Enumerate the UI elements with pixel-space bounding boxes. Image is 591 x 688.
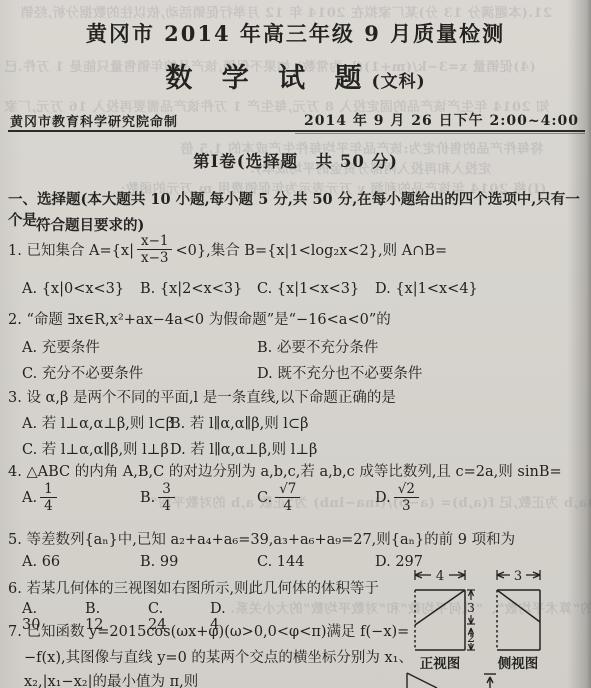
q4-option-d: D. √23 (375, 482, 422, 513)
q4-option-c-label: C. (257, 490, 272, 506)
question-5-stem: 5. 等差数列{aₙ}中,已知 a₂+a₄+a₆=39,a₃+a₆+a₉=27,… (8, 528, 515, 549)
q5-option-c: C. 144 (257, 554, 304, 570)
side-view-label: 侧视图 (498, 655, 539, 672)
q1-fraction: x−1 x−3 (137, 234, 173, 265)
q3-option-d: D. 若 l∥α,α⊥β,则 l⊥β (170, 438, 317, 459)
q4-option-a-label: A. (22, 490, 37, 506)
q4-d-denominator: 3 (394, 498, 419, 513)
q2-option-a: A. 充要条件 (22, 336, 100, 357)
q4-b-numerator: 3 (158, 482, 175, 498)
exam-datetime: 2014 年 9 月 26 日下午 2:00~4:00 (304, 110, 579, 130)
question-2-stem: 2. “命题 ∃x∈R,x²+ax−4a<0 为假命题”是“−16<a<0”的 (8, 308, 391, 329)
q1-option-b: B. {x|2<x<3} (140, 281, 242, 297)
q5-option-b: B. 99 (140, 554, 178, 570)
question-6-stem: 6. 若某几何体的三视图如右图所示,则此几何体的体积等于 (8, 577, 379, 598)
front-view-label: 正视图 (420, 655, 461, 672)
question-3-stem: 3. 设 α,β 是两个不同的平面,l 是一条直线,以下命题正确的是 (8, 386, 396, 407)
q2-option-c: C. 充分不必要条件 (22, 362, 143, 383)
exam-subject-title: 数 学 试 题(文科) (0, 56, 591, 95)
q1-stem-prefix: 1. 已知集合 A={x| (8, 239, 134, 260)
question-7-line3: x₂,|x₁−x₂|的最小值为 π,则 (24, 670, 198, 688)
q4-b-denominator: 4 (158, 498, 175, 513)
q4-option-b-label: B. (140, 490, 155, 506)
q1-option-d: D. {x|1<x<4} (375, 281, 478, 297)
front-height-bottom-value: 2 (467, 630, 475, 645)
q1-fraction-numerator: x−1 (137, 234, 173, 250)
question-1-stem: 1. 已知集合 A={x| x−1 x−3 <0},集合 B={x|1<log₂… (8, 234, 447, 265)
section-title: 第Ⅰ卷(选择题 共 50 分) (0, 148, 591, 172)
three-view-figure: 4 3 (405, 563, 591, 688)
subject-name: 数 学 试 题 (165, 63, 371, 94)
q4-a-denominator: 4 (40, 498, 57, 513)
q3-option-c: C. 若 l⊥α,α∥β,则 l⊥β (22, 438, 169, 459)
subject-track-note: (文科) (372, 72, 426, 92)
q1-stem-suffix: <0},集合 B={x|1<log₂x<2},则 A∩B= (175, 239, 447, 260)
question-7-line1: 7. 已知函数 y=2015cos(ωx+φ)(ω>0,0<φ<π)满足 f(−… (8, 620, 409, 641)
choice-instructions-line2: 符合题目要求的) (36, 214, 144, 235)
q5-option-a: A. 66 (22, 554, 60, 570)
scanned-exam-page: 21.(本题满分 13 分)某厂家拟在 2014 年 12 月举行促销活动,依以… (0, 0, 591, 688)
q4-option-c: C. √74 (257, 482, 303, 513)
q4-d-numerator: √2 (394, 482, 419, 498)
header-divider-line-secondary (295, 133, 585, 134)
q1-option-a: A. {x|0<x<3} (22, 281, 124, 297)
header-divider-line (8, 130, 585, 132)
bleedthrough-text: 22.(本题满分 14 分)a,b 为正数,记 f(a,b)= (a−b)/(l… (150, 492, 591, 511)
question-7-line2: −f(x),其图像与直线 y=0 的某两个交点的横坐标分别为 x₁、 (24, 646, 413, 667)
q4-c-denominator: 4 (275, 498, 300, 513)
side-view-diagonal (497, 590, 540, 622)
front-width-value: 4 (436, 569, 444, 584)
front-view-diagonal (415, 590, 465, 625)
q1-fraction-denominator: x−3 (137, 250, 173, 265)
q4-option-b: B. 34 (140, 482, 178, 513)
exam-title: 黄冈市 2014 年高三年级 9 月质量检测 (0, 18, 591, 48)
side-width-value: 3 (514, 569, 522, 584)
q4-c-numerator: √7 (275, 482, 300, 498)
front-view-outline (415, 590, 465, 650)
exam-meta-row: 黄冈市教育科学研究院命制 2014 年 9 月 26 日下午 2:00~4:00 (10, 110, 579, 130)
q4-option-a: A. 14 (22, 482, 60, 513)
side-view-outline (497, 590, 540, 650)
q4-a-numerator: 1 (40, 482, 57, 498)
q1-option-c: C. {x|1<x<3} (257, 281, 359, 297)
q3-option-b: B. 若 l∥α,α∥β,则 l⊂β (170, 412, 308, 433)
top-view-partial (407, 673, 496, 688)
q2-option-d: D. 既不充分也不必要条件 (257, 362, 422, 383)
q3-option-a: A. 若 l⊥α,α⊥β,则 l⊂β (22, 412, 174, 433)
q6-three-view-diagram: 4 3 (405, 563, 591, 688)
issuer-label: 黄冈市教育科学研究院命制 (10, 111, 178, 130)
q4-option-d-label: D. (375, 490, 391, 506)
front-height-top-value: 3 (467, 600, 475, 615)
q2-option-b: B. 必要不充分条件 (257, 336, 378, 357)
question-4-stem: 4. △ABC 的内角 A,B,C 的对边分别为 a,b,c,若 a,b,c 成… (8, 460, 562, 481)
